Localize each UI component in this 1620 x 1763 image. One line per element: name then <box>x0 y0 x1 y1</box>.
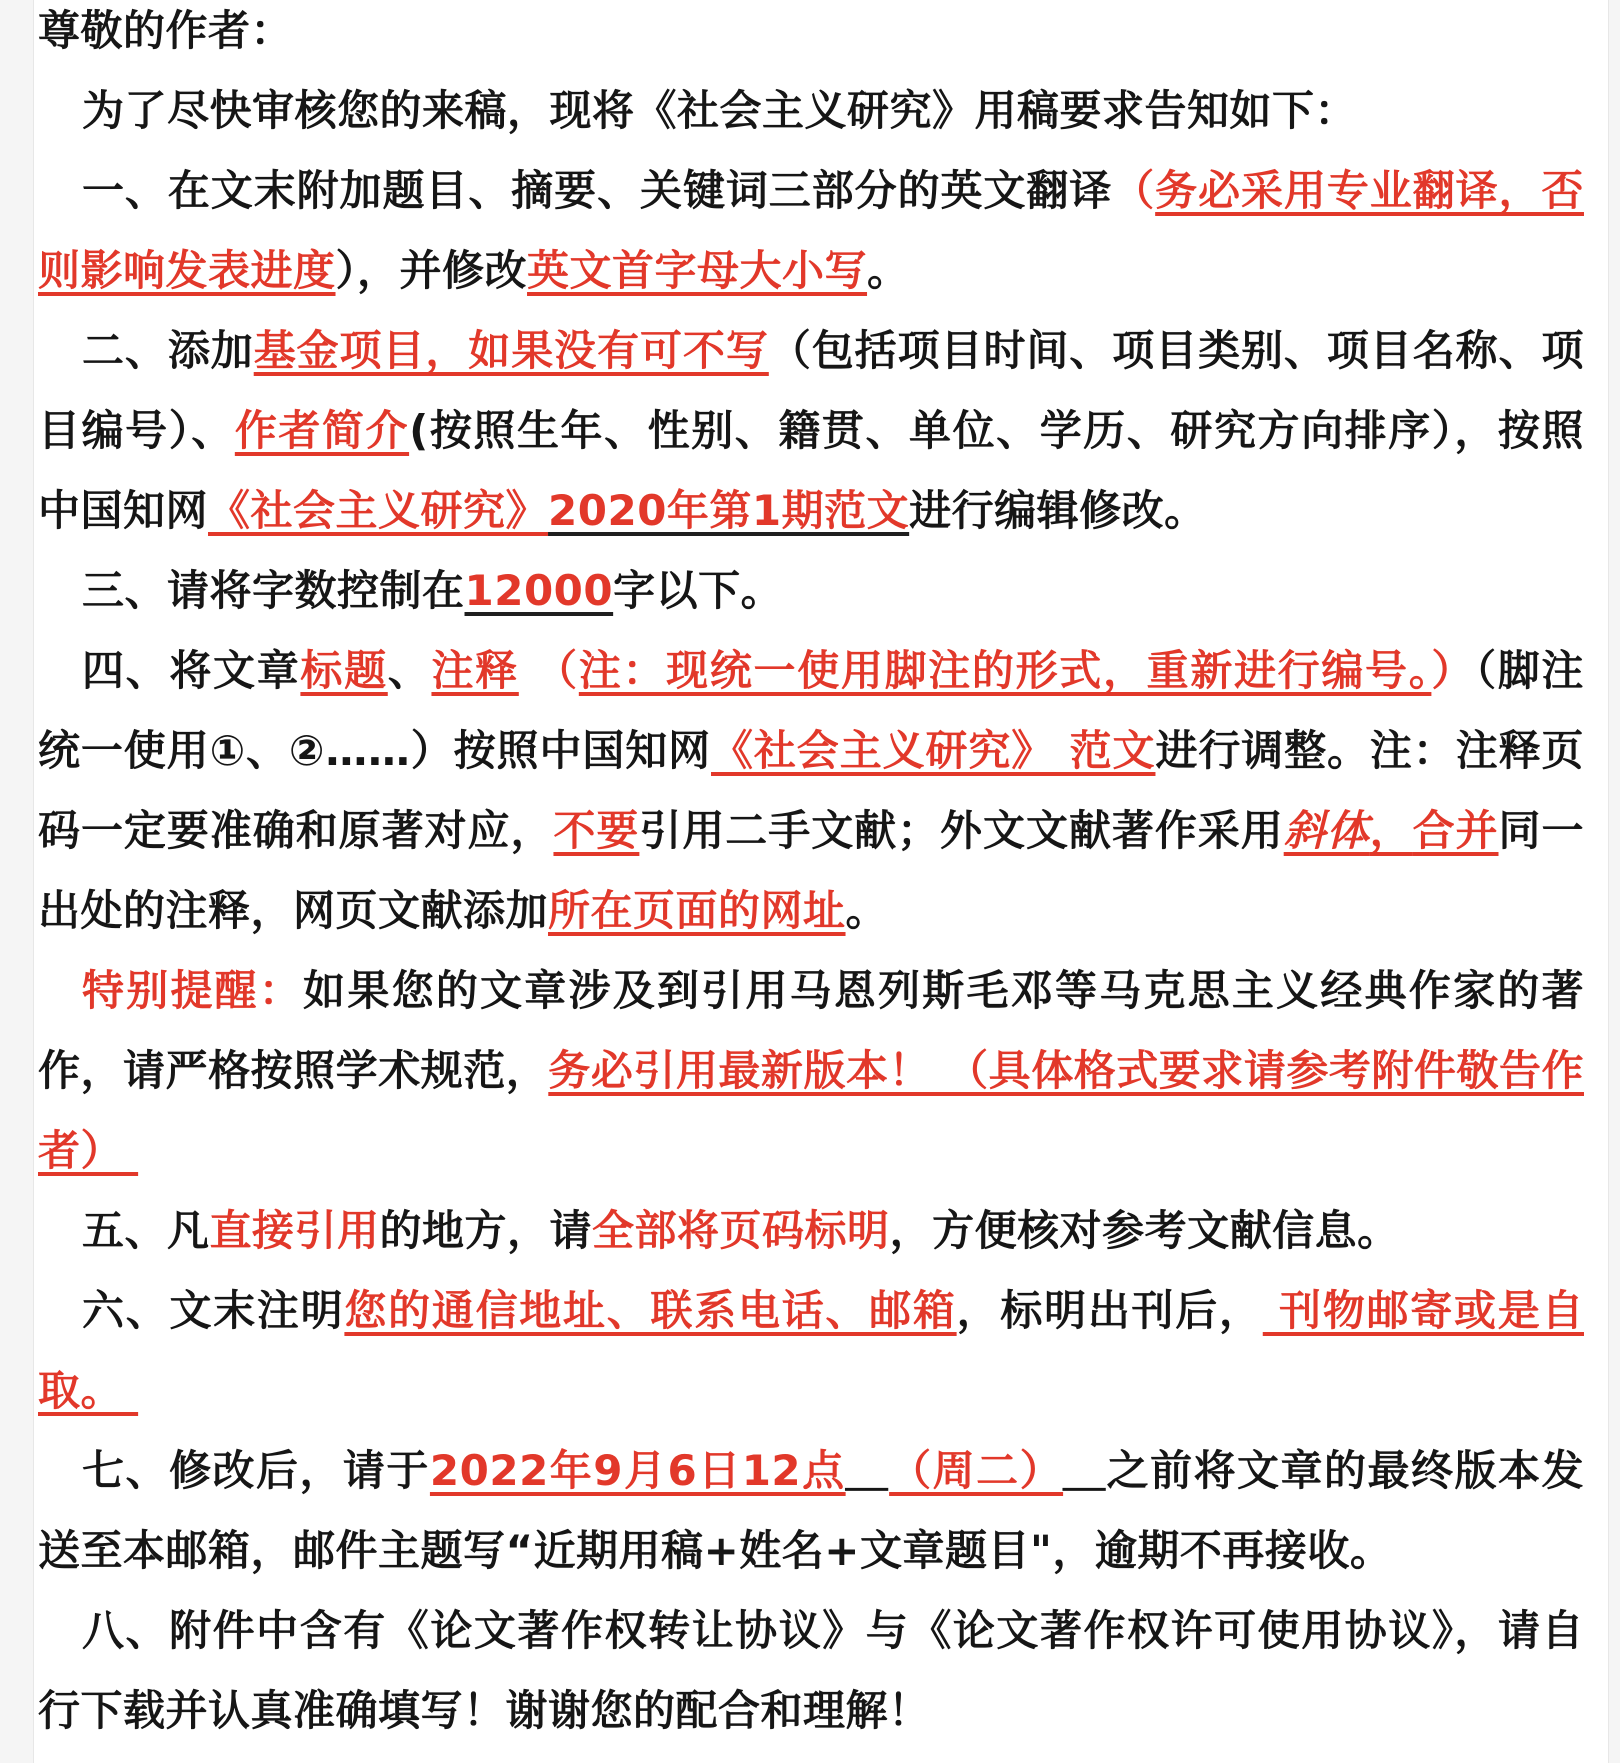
text-run: 。 <box>846 886 889 935</box>
text-run: 六、文末注明 <box>82 1286 344 1335</box>
emphasis-red-underlined-text: 《社会主义研究》 <box>208 486 548 535</box>
text-run: 进行编辑修改。 <box>909 486 1207 535</box>
emphasis-red-underlined-text: 不要 <box>553 806 639 855</box>
paragraph: 四、将文章标题、注释 （注：现统一使用脚注的形式，重新进行编号。）（脚注统一使用… <box>38 631 1584 951</box>
document-page: 尊敬的作者：为了尽快审核您的来稿，现将《社会主义研究》用稿要求告知如下：一、在文… <box>33 0 1609 1763</box>
document-body: 尊敬的作者：为了尽快审核您的来稿，现将《社会主义研究》用稿要求告知如下：一、在文… <box>38 0 1584 1751</box>
text-run: 一、在文末附加题目、摘要、关键词三部分的英文翻译 <box>82 166 1112 215</box>
text-run <box>519 646 535 695</box>
emphasis-red-text: 全部将页码标明 <box>592 1206 890 1255</box>
emphasis-red-underlined-text: 所在页面的网址 <box>548 886 846 935</box>
text-run: 尊敬的作者： <box>38 6 293 55</box>
paragraph: 为了尽快审核您的来稿，现将《社会主义研究》用稿要求告知如下： <box>38 71 1584 151</box>
text-run: 引用二手文献；外文文献著作采用 <box>639 806 1283 855</box>
text-run: 的地方，请 <box>380 1206 593 1255</box>
emphasis-red-text: ） <box>1431 646 1475 695</box>
emphasis-red-underlined-text: 合并 <box>1413 806 1499 855</box>
emphasis-red-underlined-text: 英文首字母大小写 <box>527 246 867 295</box>
emphasis-red-underlined-text: 2020年第1期范文 <box>548 486 909 535</box>
text-run: 五、凡 <box>82 1206 210 1255</box>
emphasis-red-underlined-text: 标题 <box>300 646 387 695</box>
emphasis-red-text: （ <box>1112 166 1155 215</box>
paragraph: 尊敬的作者： <box>38 0 1584 71</box>
emphasis-red-underlined-text: 12000 <box>465 566 614 615</box>
text-run: ＿ <box>1063 1446 1107 1495</box>
emphasis-red-underlined-text: 2022年9月6日12点 <box>430 1446 846 1495</box>
paragraph: 八、附件中含有《论文著作权转让协议》与《论文著作权许可使用协议》，请自行下载并认… <box>38 1591 1584 1751</box>
paragraph: 三、请将字数控制在12000字以下。 <box>38 551 1584 631</box>
emphasis-red-underlined-text: （周二） <box>889 1446 1063 1495</box>
text-run: ，标明出刊后， <box>957 1286 1263 1335</box>
paragraph: 七、修改后，请于2022年9月6日12点＿（周二）＿之前将文章的最终版本发送至本… <box>38 1431 1584 1591</box>
paragraph: 五、凡直接引用的地方，请全部将页码标明，方便核对参考文献信息。 <box>38 1191 1584 1271</box>
emphasis-red-underlined-text: 注释 <box>431 646 518 695</box>
paragraph: 六、文末注明您的通信地址、联系电话、邮箱，标明出刊后， 刊物邮寄或是自取。 <box>38 1271 1584 1431</box>
emphasis-red-underlined-text: ， <box>1370 806 1413 855</box>
text-run: 三、请将字数控制在 <box>82 566 465 615</box>
text-run: 七、修改后，请于 <box>82 1446 430 1495</box>
emphasis-red-text: 直接引用 <box>210 1206 380 1255</box>
text-run: 、 <box>388 646 432 695</box>
emphasis-red-underlined-text: 您的通信地址、联系电话、邮箱 <box>344 1286 956 1335</box>
text-run: 为了尽快审核您的来稿，现将《社会主义研究》用稿要求告知如下： <box>82 86 1357 135</box>
text-run: 字以下。 <box>613 566 783 615</box>
emphasis-red-underlined-text: 斜体 <box>1284 806 1370 855</box>
paragraph: 特别提醒：如果您的文章涉及到引用马恩列斯毛邓等马克思主义经典作家的著作，请严格按… <box>38 951 1584 1191</box>
paragraph: 一、在文末附加题目、摘要、关键词三部分的英文翻译（务必采用专业翻译，否则影响发表… <box>38 151 1584 311</box>
emphasis-red-underlined-text: 《社会主义研究》 范文 <box>711 726 1155 775</box>
text-run: 四、将文章 <box>82 646 300 695</box>
paragraph: 二、添加基金项目，如果没有可不写（包括项目时间、项目类别、项目名称、项目编号）、… <box>38 311 1584 551</box>
text-run: ，方便核对参考文献信息。 <box>890 1206 1400 1255</box>
emphasis-red-text: 特别提醒： <box>82 966 303 1015</box>
text-run: 二、添加 <box>82 326 254 375</box>
text-run: ＿ <box>846 1446 890 1495</box>
emphasis-red-underlined-text: 基金项目，如果没有可不写 <box>254 326 769 375</box>
text-run: 八、附件中含有《论文著作权转让协议》与《论文著作权许可使用协议》，请自行下载并认… <box>38 1606 1584 1735</box>
text-run: ），并修改 <box>336 246 528 295</box>
emphasis-red-underlined-text: 作者简介 <box>235 406 409 455</box>
text-run: 。 <box>867 246 910 295</box>
emphasis-red-underlined-text: 注：现统一使用脚注的形式，重新进行编号。 <box>579 646 1432 695</box>
emphasis-red-text: （ <box>535 646 579 695</box>
